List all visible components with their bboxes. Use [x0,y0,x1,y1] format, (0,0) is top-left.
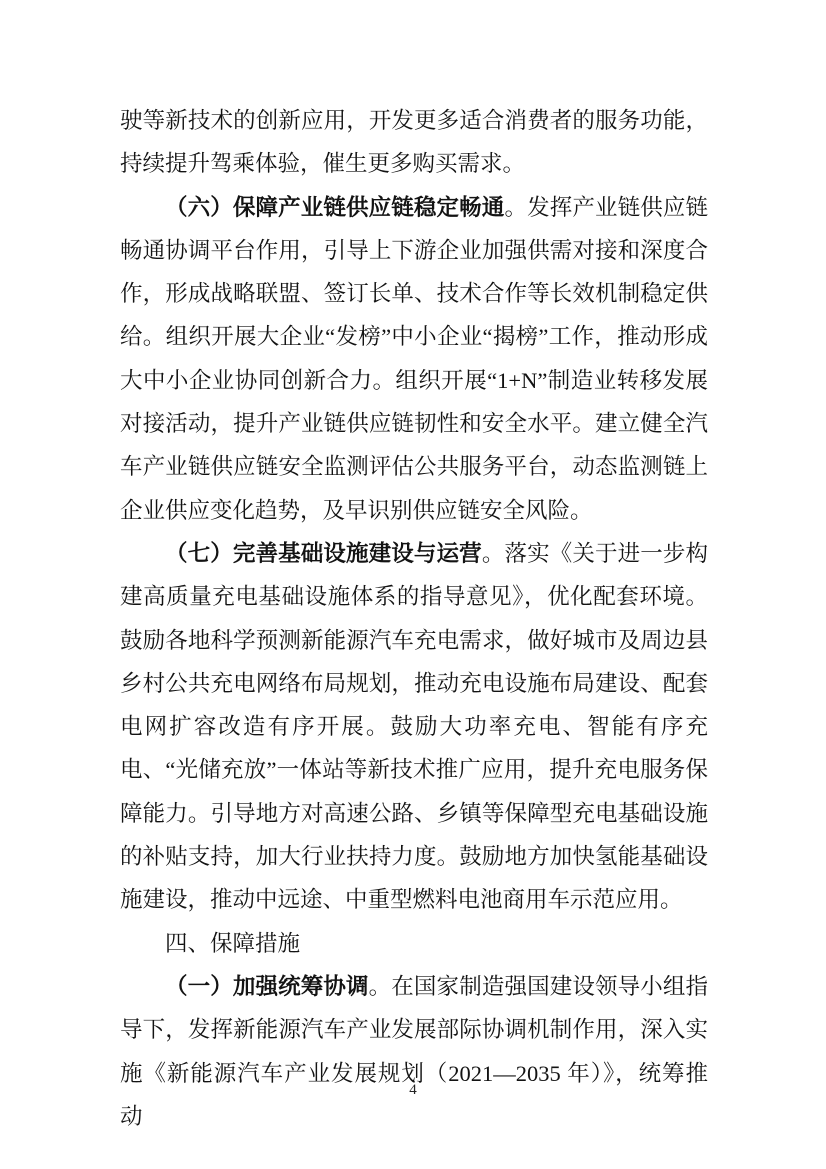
paragraph-continuation: 驶等新技术的创新应用，开发更多适合消费者的服务功能，持续提升驾乘体验，催生更多购… [120,99,708,186]
paragraph-lead: （一）加强统筹协调 [165,974,369,999]
paragraph-item-6: （六）保障产业链供应链稳定畅通。发挥产业链供应链畅通协调平台作用，引导上下游企业… [120,186,708,532]
page-number: 4 [0,1080,826,1100]
paragraph-text: 驶等新技术的创新应用，开发更多适合消费者的服务功能，持续提升驾乘体验，催生更多购… [120,108,708,176]
paragraph-text: 。落实《关于进一步构建高质量充电基础设施体系的指导意见》，优化配套环境。鼓励各地… [120,541,708,912]
document-page: 驶等新技术的创新应用，开发更多适合消费者的服务功能，持续提升驾乘体验，催生更多购… [0,0,826,1169]
document-body: 驶等新技术的创新应用，开发更多适合消费者的服务功能，持续提升驾乘体验，催生更多购… [120,99,708,1138]
paragraph-item-1: （一）加强统筹协调。在国家制造强国建设领导小组指导下，发挥新能源汽车产业发展部际… [120,965,708,1138]
paragraph-lead: （六）保障产业链供应链稳定畅通 [165,195,504,220]
section-heading: 四、保障措施 [120,922,708,965]
section-heading-text: 四、保障措施 [165,931,300,956]
paragraph-lead: （七）完善基础设施建设与运营 [165,541,482,566]
paragraph-item-7: （七）完善基础设施建设与运营。落实《关于进一步构建高质量充电基础设施体系的指导意… [120,532,708,922]
paragraph-text: 。发挥产业链供应链畅通协调平台作用，引导上下游企业加强供需对接和深度合作，形成战… [120,195,708,523]
